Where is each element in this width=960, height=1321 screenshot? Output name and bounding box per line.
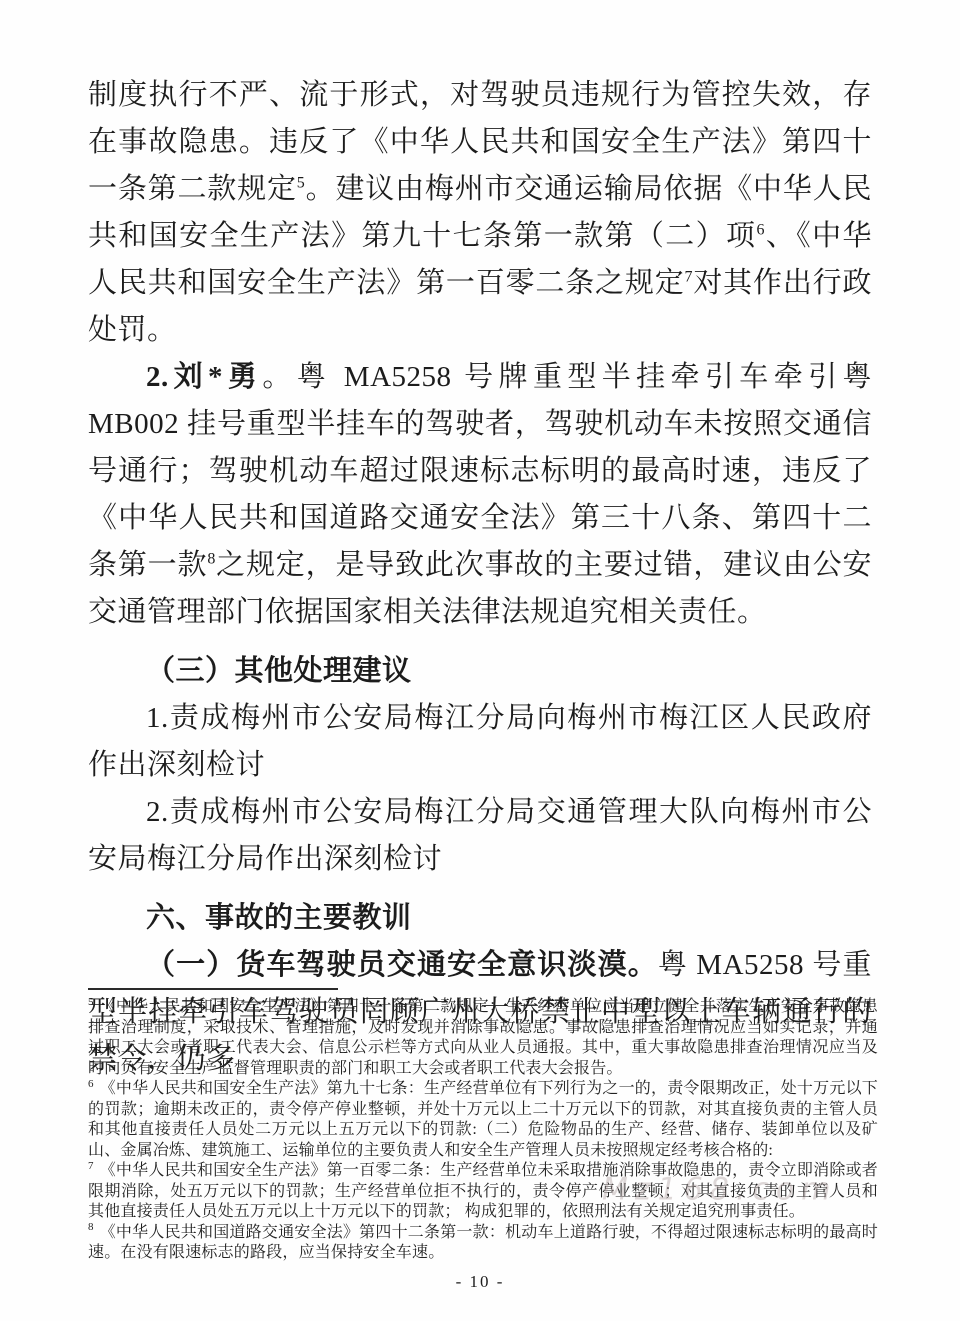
text-run: 2.责成梅州市公安局梅江分局交通管理大队向梅州市公安局梅江分局作出深刻检讨 xyxy=(88,796,872,875)
footnote: 7《中华人民共和国安全生产法》第一百零二条：生产经营单位未采取措施消除事故隐患的… xyxy=(88,1161,878,1223)
footnote: 6《中华人民共和国安全生产法》第九十七条：生产经营单位有下列行为之一的，责令限期… xyxy=(88,1079,878,1161)
body-paragraph: 2.刘*勇。粤 MA5258 号牌重型半挂牵引车牵引粤 MB002 挂号重型半挂… xyxy=(88,354,872,636)
footnote-marker: 7 xyxy=(88,1160,94,1172)
page-number: - 10 - xyxy=(0,1272,960,1292)
footnote-text: 《中华人民共和国安全生产法》第四十一条第二款规定：生产经营单位应当建立健全并落实… xyxy=(88,998,878,1077)
footnote-marker: 8 xyxy=(88,1221,94,1233)
body-paragraph: 制度执行不严、流于形式，对驾驶员违规行为管控失效，存在事故隐患。违反了《中华人民… xyxy=(88,72,872,354)
footnote-separator xyxy=(88,988,338,990)
footnote: 5《中华人民共和国安全生产法》第四十一条第二款规定：生产经营单位应当建立健全并落… xyxy=(88,997,878,1079)
text-run: 2.刘*勇 xyxy=(146,361,262,393)
text-run: （一）货车驾驶员交通安全意识淡漠。 xyxy=(146,949,658,981)
text-run: 1.责成梅州市公安局梅江分局向梅州市梅江区人民政府作出深刻检讨 xyxy=(88,702,872,781)
text-run: 六、事故的主要教训 xyxy=(146,902,412,934)
footnote-marker: 5 xyxy=(88,996,94,1008)
footnote-text: 《中华人民共和国安全生产法》第一百零二条：生产经营单位未采取措施消除事故隐患的，… xyxy=(88,1162,878,1220)
footnote-ref: 8 xyxy=(207,550,216,567)
footnote-text: 《中华人民共和国安全生产法》第九十七条：生产经营单位有下列行为之一的，责令限期改… xyxy=(88,1080,878,1159)
body-paragraph: 1.责成梅州市公安局梅江分局向梅州市梅江区人民政府作出深刻检讨 xyxy=(88,695,872,789)
footnote: 8《中华人民共和国道路交通安全法》第四十二条第一款：机动车上道路行驶，不得超过限… xyxy=(88,1223,878,1264)
footnote-ref: 5 xyxy=(297,174,306,191)
section-heading: 六、事故的主要教训 xyxy=(88,895,872,942)
body-paragraph: 2.责成梅州市公安局梅江分局交通管理大队向梅州市公安局梅江分局作出深刻检讨 xyxy=(88,789,872,883)
footnote-text: 《中华人民共和国道路交通安全法》第四十二条第一款：机动车上道路行驶，不得超过限速… xyxy=(88,1224,878,1262)
text-run: （三）其他处理建议 xyxy=(146,655,412,687)
document-body: 制度执行不严、流于形式，对驾驶员违规行为管控失效，存在事故隐患。违反了《中华人民… xyxy=(88,72,872,1083)
section-heading: （三）其他处理建议 xyxy=(88,648,872,695)
footnote-ref: 7 xyxy=(685,268,694,285)
document-page: 制度执行不严、流于形式，对驾驶员违规行为管控失效，存在事故隐患。违反了《中华人民… xyxy=(0,0,960,1321)
text-run: 。粤 MA5258 号牌重型半挂牵引车牵引粤 MB002 挂号重型半挂车的驾驶者… xyxy=(88,361,872,581)
footnote-ref: 6 xyxy=(756,221,765,238)
footnote-marker: 6 xyxy=(88,1078,94,1090)
footnotes: 5《中华人民共和国安全生产法》第四十一条第二款规定：生产经营单位应当建立健全并落… xyxy=(88,997,878,1264)
